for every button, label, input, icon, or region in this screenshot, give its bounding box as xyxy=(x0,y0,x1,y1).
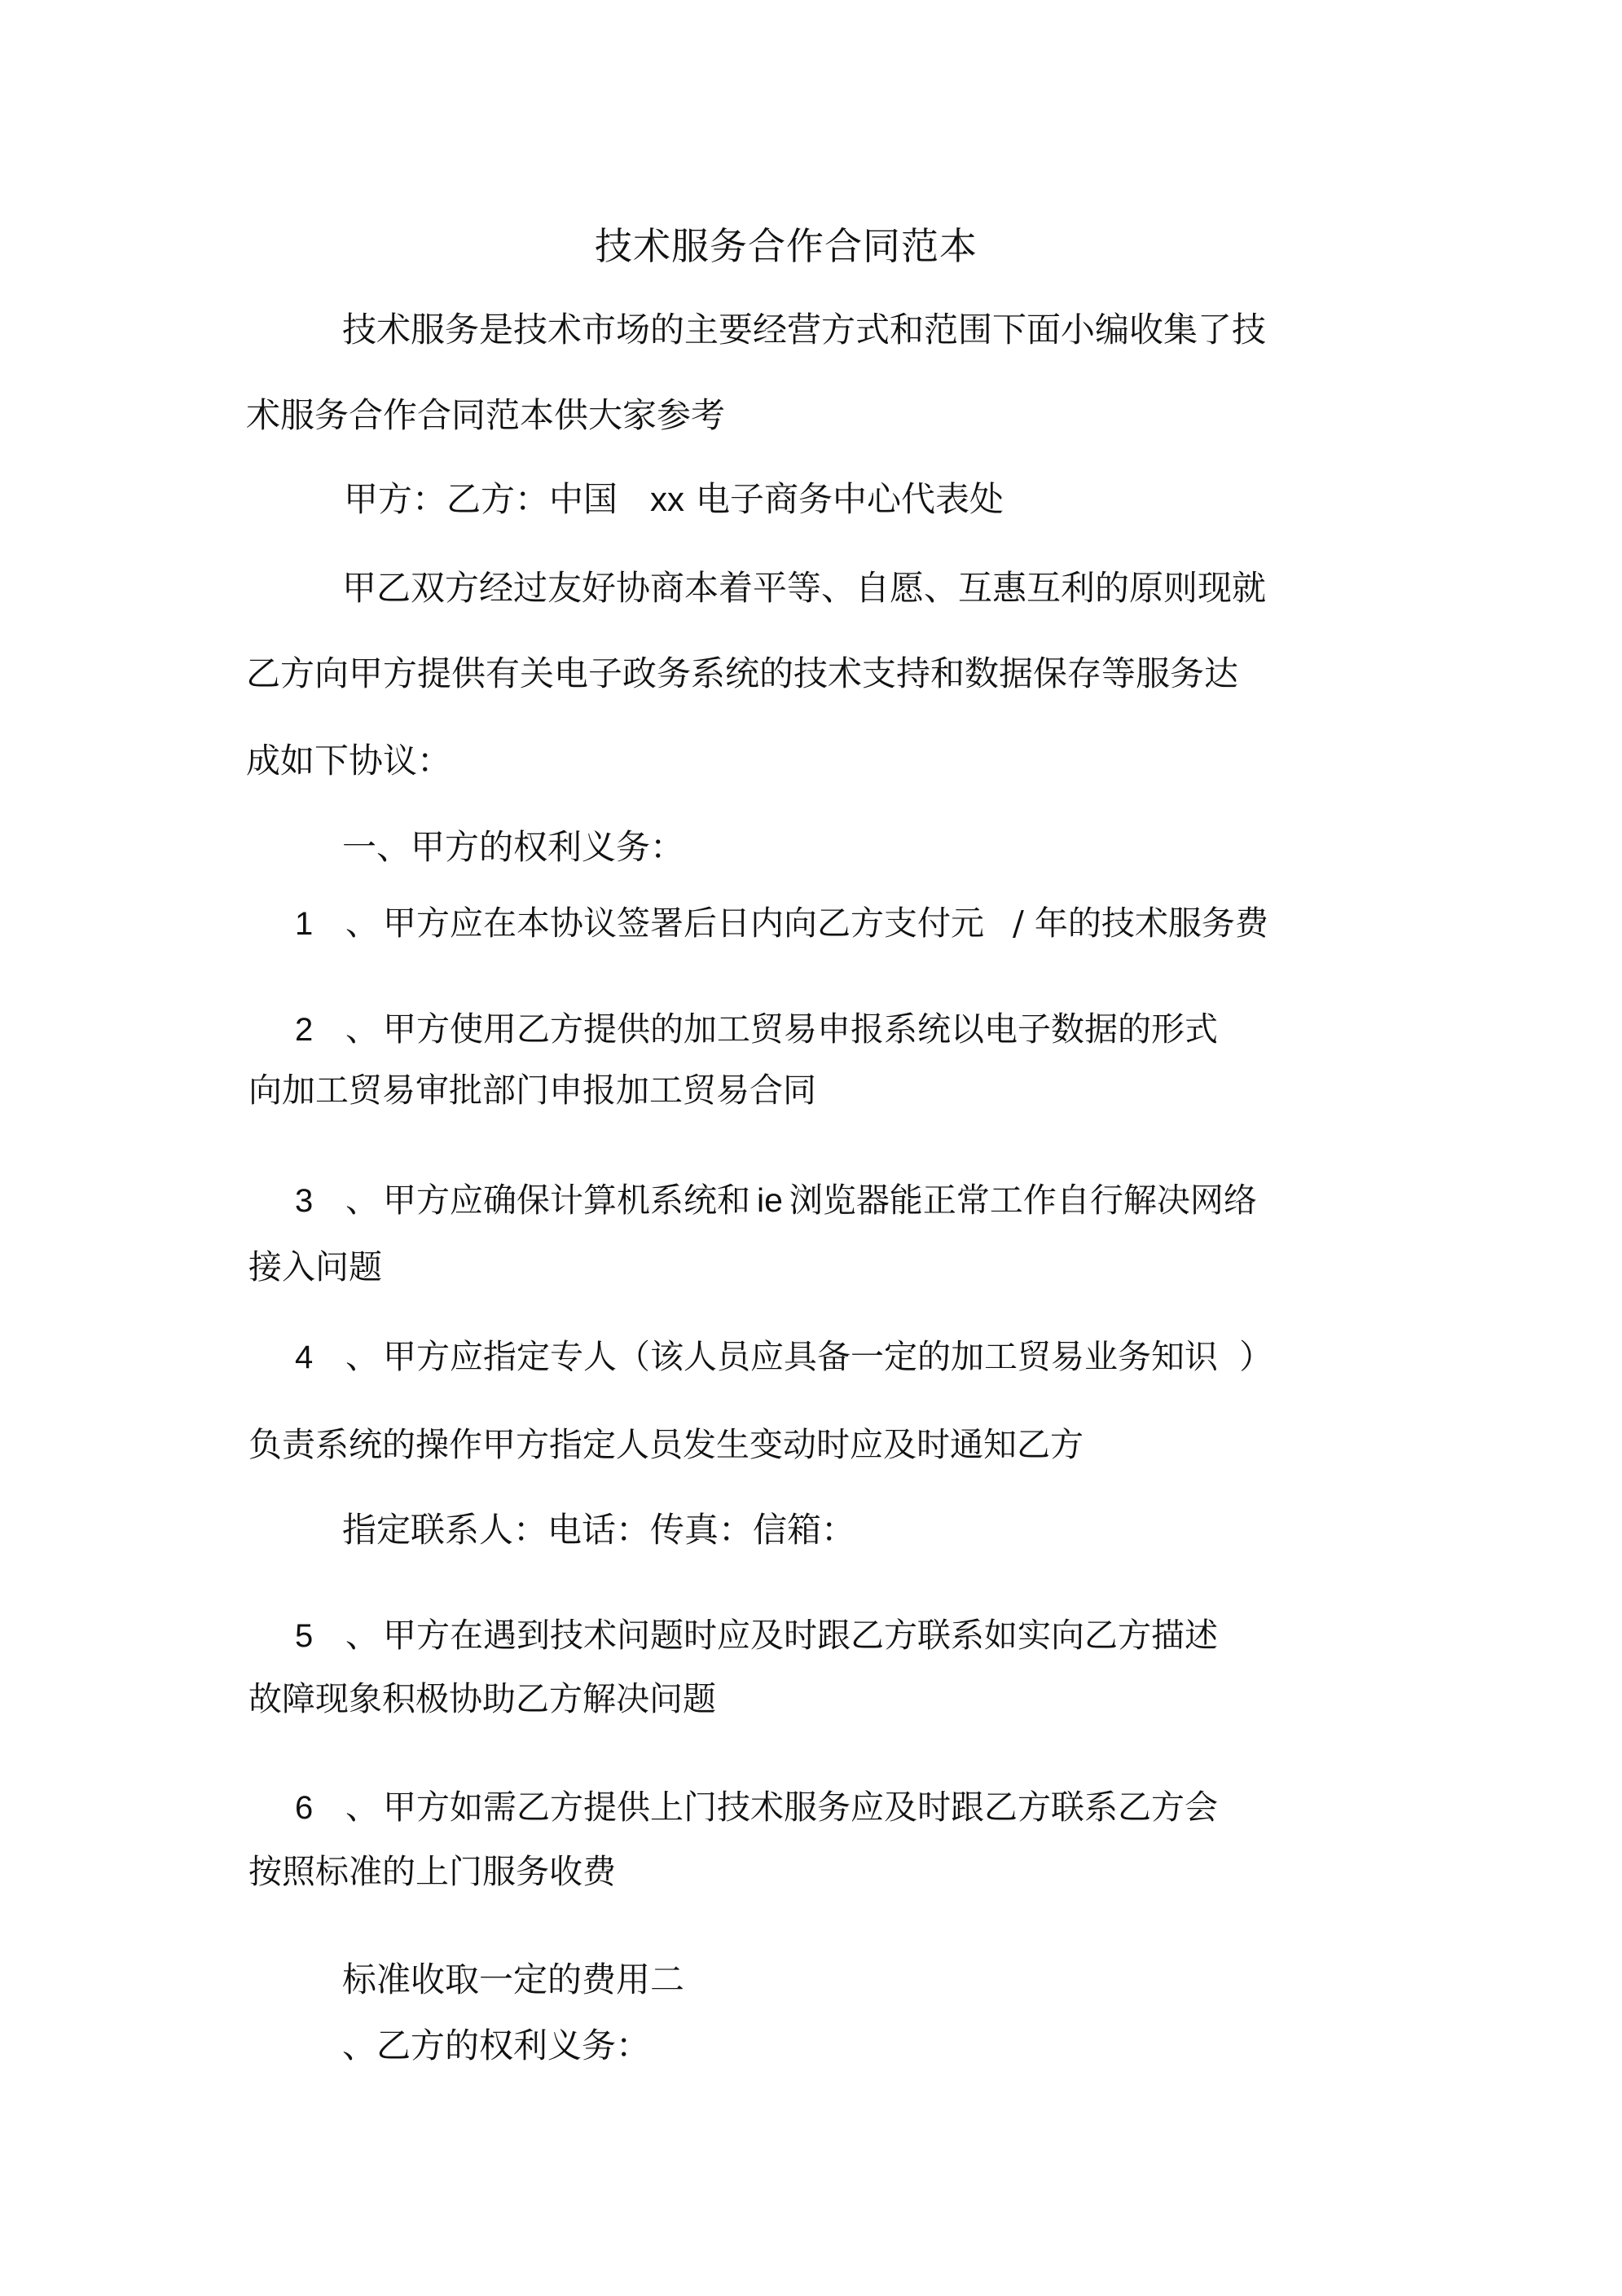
item-separator: 、 xyxy=(345,1336,383,1377)
item-separator: 、 xyxy=(345,903,383,943)
item-text-a: 甲方应确保计算机系统和 xyxy=(383,1181,750,1220)
parties-prefix: 甲方：乙方：中国 xyxy=(344,479,618,519)
intro-line-1: 技术服务是技术市场的主要经营方式和范围下面小编收集了技 xyxy=(342,310,1266,350)
preamble-line-3: 成如下协议： xyxy=(246,741,451,781)
item-number: 4 xyxy=(295,1337,345,1378)
item-separator: 、 xyxy=(345,1615,383,1656)
item-separator: 、 xyxy=(345,1009,383,1049)
item-number: 2 xyxy=(295,1009,345,1050)
item-2: 2、甲方使用乙方提供的加工贸易申报系统以电子数据的形式 xyxy=(295,1009,1218,1049)
item-2-continuation: 向加工贸易审批部门申报加工贸易合同 xyxy=(248,1070,816,1111)
item-latin: ie xyxy=(750,1181,789,1219)
item-text-b: / 年的技术服务费 xyxy=(1002,904,1268,943)
section2-heading: 、乙方的权利义务： xyxy=(342,2025,650,2066)
item-separator: 、 xyxy=(345,1180,383,1221)
intro-line-2: 术服务合作合同范本供大家参考 xyxy=(246,395,725,436)
parties-line: 甲方：乙方：中国xx电子商务中心代表处 xyxy=(344,479,1004,520)
item-text: 甲方在遇到技术问题时应及时跟乙方联系如实向乙方描述 xyxy=(383,1616,1218,1655)
item-separator: 、 xyxy=(345,1787,383,1828)
item-number: 5 xyxy=(295,1616,345,1656)
parties-placeholder: xx xyxy=(650,480,684,518)
item-number: 6 xyxy=(295,1788,345,1828)
item-4-continuation: 负责系统的操作甲方指定人员发生变动时应及时通知乙方 xyxy=(248,1424,1084,1465)
item-number: 1 xyxy=(295,904,345,944)
item-6: 6、甲方如需乙方提供上门技术服务应及时跟乙方联系乙方会 xyxy=(295,1787,1218,1828)
item-5: 5、甲方在遇到技术问题时应及时跟乙方联系如实向乙方描述 xyxy=(295,1615,1218,1656)
document-title: 技术服务合作合同范本 xyxy=(595,223,978,269)
preamble-line-1: 甲乙双方经过友好协商本着平等、自愿、互惠互利的原则现就 xyxy=(342,568,1266,609)
parties-suffix: 电子商务中心代表处 xyxy=(696,479,1004,519)
item-6-continuation: 按照标准的上门服务收费 xyxy=(248,1851,616,1892)
item-text: 甲方应指定专人（该人员应具备一定的加工贸易业务知识 ） xyxy=(383,1337,1273,1376)
item-4: 4、甲方应指定专人（该人员应具备一定的加工贸易业务知识 ） xyxy=(295,1336,1273,1377)
fee-line: 标准收取一定的费用二 xyxy=(342,1960,684,2000)
document-page: 技术服务合作合同范本 技术服务是技术市场的主要经营方式和范围下面小编收集了技 术… xyxy=(0,0,1622,2296)
item-1: 1、甲方应在本协议签署后日内向乙方支付元 / 年的技术服务费 xyxy=(295,903,1268,943)
item-text: 甲方使用乙方提供的加工贸易申报系统以电子数据的形式 xyxy=(383,1009,1218,1049)
item-number: 3 xyxy=(295,1181,345,1221)
item-text: 甲方如需乙方提供上门技术服务应及时跟乙方联系乙方会 xyxy=(383,1788,1218,1827)
contact-line: 指定联系人：电话：传真：信箱： xyxy=(342,1510,855,1550)
item-3: 3、甲方应确保计算机系统和ie浏览器能正常工作自行解决网络 xyxy=(295,1180,1257,1221)
item-text: 甲方应在本协议签署后日内向乙方支付元 xyxy=(383,904,984,943)
item-text: 浏览器能正常工作自行解决网络 xyxy=(789,1181,1257,1220)
item-5-continuation: 故障现象积极协助乙方解决问题 xyxy=(248,1678,716,1719)
preamble-line-2: 乙方向甲方提供有关电子政务系统的技术支持和数据保存等服务达 xyxy=(246,653,1238,694)
item-3-continuation: 接入问题 xyxy=(248,1247,382,1287)
section1-heading: 一、甲方的权利义务： xyxy=(342,827,684,868)
